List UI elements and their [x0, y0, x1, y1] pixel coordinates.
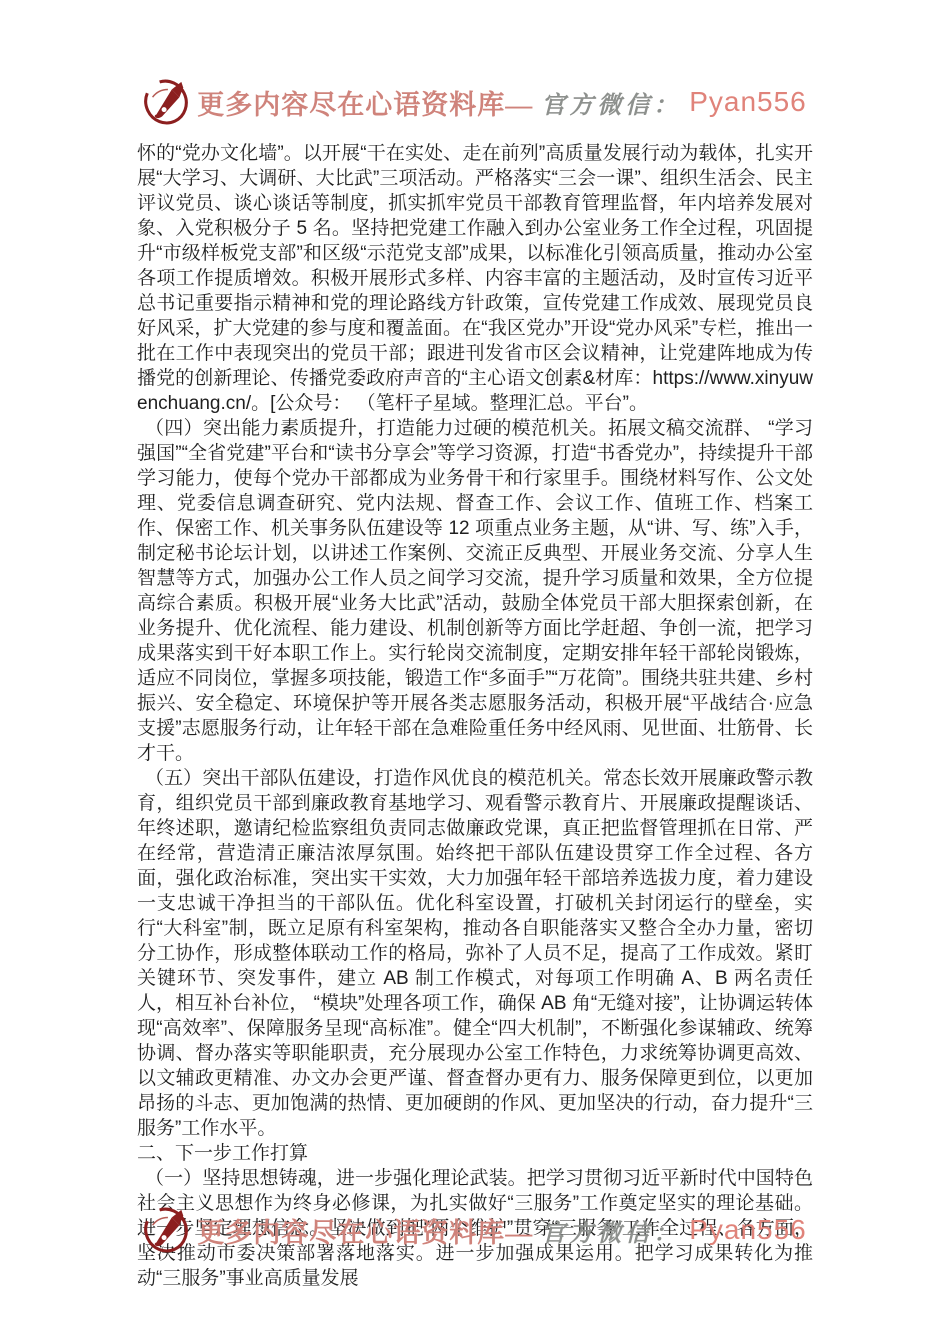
watermark-wechat-label: 官方微信： [541, 85, 681, 120]
pen-nib-circle-logo-icon [143, 78, 189, 126]
footer-watermark: 更多内容尽在心语资料库— 官方微信： Pyan556 [0, 1206, 950, 1254]
document-body: 怀的“党办文化墙”。以开展“干在实处、走在前列”高质量发展行动为载体，扎实开展“… [137, 141, 813, 1291]
watermark-wechat-id: Pyan556 [689, 1214, 807, 1246]
pen-nib-circle-logo-icon [143, 1206, 189, 1254]
heading-part-2: 二、下一步工作打算 [137, 1141, 813, 1166]
watermark-wechat-id: Pyan556 [689, 86, 807, 118]
paragraph-section-4: （四）突出能力素质提升，打造能力过硬的模范机关。拓展文稿交流群、 “学习强国”“… [137, 416, 813, 766]
watermark-brand-text: 更多内容尽在心语资料库— [197, 83, 533, 122]
paragraph-continuation: 怀的“党办文化墙”。以开展“干在实处、走在前列”高质量发展行动为载体，扎实开展“… [137, 141, 813, 416]
watermark-brand-text: 更多内容尽在心语资料库— [197, 1211, 533, 1250]
paragraph-section-5: （五）突出干部队伍建设，打造作风优良的模范机关。常态长效开展廉政警示教育，组织党… [137, 766, 813, 1141]
document-page: 更多内容尽在心语资料库— 官方微信： Pyan556 怀的“党办文化墙”。以开展… [0, 0, 950, 1344]
watermark-wechat-label: 官方微信： [541, 1213, 681, 1248]
header-watermark: 更多内容尽在心语资料库— 官方微信： Pyan556 [0, 78, 950, 126]
